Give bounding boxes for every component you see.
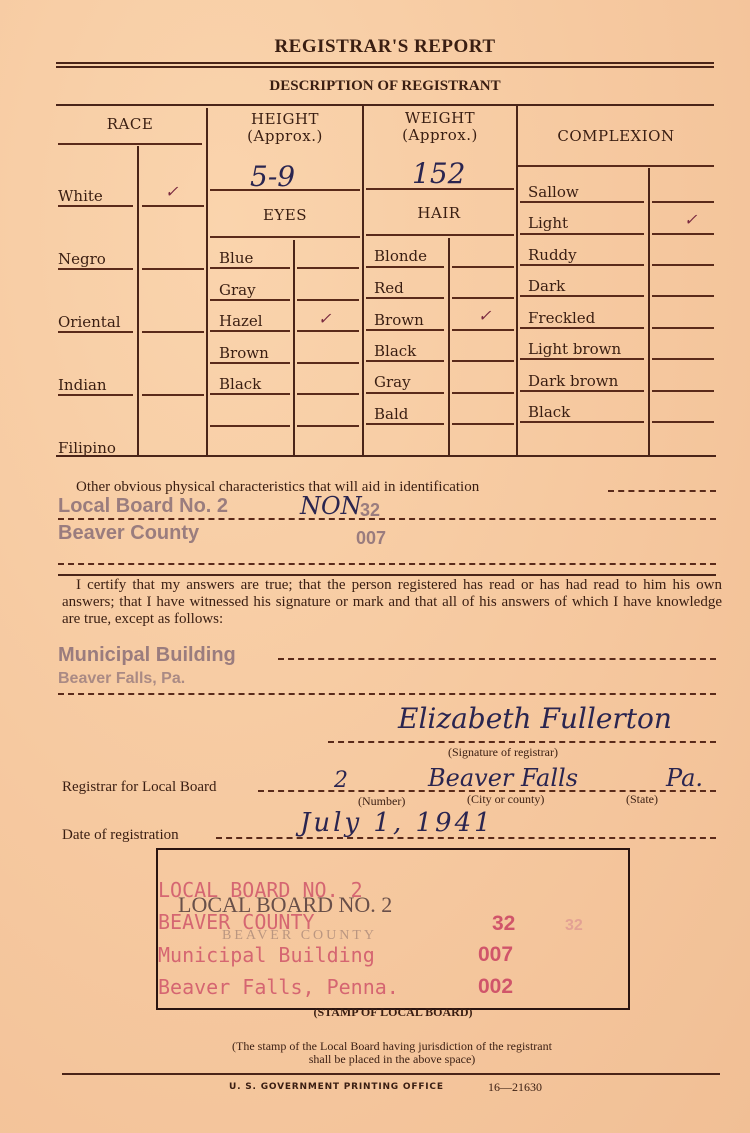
height-header-label: HEIGHT bbox=[208, 111, 362, 128]
row-rule bbox=[142, 205, 204, 207]
weight-rule bbox=[366, 188, 514, 190]
race-header: RACE bbox=[56, 116, 204, 133]
stamp-typed-line2: BEAVER COUNTY bbox=[222, 928, 377, 944]
eyes-hazel: Hazel bbox=[219, 312, 263, 330]
fill-line bbox=[58, 563, 716, 565]
title-rule bbox=[56, 62, 714, 64]
row-rule bbox=[520, 295, 644, 297]
printer-imprint: U. S. GOVERNMENT PRINTING OFFICE bbox=[229, 1082, 444, 1092]
registrar-board-city[interactable]: Beaver Falls bbox=[428, 764, 578, 792]
race-indian: Indian bbox=[58, 376, 107, 394]
complexion-dark-brown: Dark brown bbox=[528, 372, 618, 390]
race-oriental: Oriental bbox=[58, 313, 121, 331]
complexion-freckled: Freckled bbox=[528, 309, 595, 327]
row-rule bbox=[297, 393, 359, 395]
stamp-num3: 002 bbox=[478, 975, 513, 999]
row-rule bbox=[452, 297, 514, 299]
title-rule-2 bbox=[56, 66, 714, 68]
stamp-red-line4: Beaver Falls, Penna. bbox=[158, 975, 399, 999]
stamp-red-line3: Municipal Building bbox=[158, 943, 375, 967]
page-title: REGISTRAR'S REPORT bbox=[0, 36, 750, 58]
stamp-ghost-num: 32 bbox=[565, 917, 583, 935]
other-stamp-line2: Beaver County bbox=[58, 522, 199, 545]
complexion-light: Light bbox=[528, 214, 568, 232]
hair-red: Red bbox=[374, 279, 404, 297]
col-divider bbox=[206, 108, 208, 456]
row-rule bbox=[58, 205, 133, 207]
row-rule bbox=[210, 299, 290, 301]
complexion-dark: Dark bbox=[528, 277, 565, 295]
row-rule bbox=[142, 331, 204, 333]
race-mark-divider bbox=[137, 146, 139, 456]
section-title: DESCRIPTION OF REGISTRANT bbox=[0, 78, 750, 95]
other-stamp-line1: Local Board No. 2 bbox=[58, 495, 228, 518]
stamp-num2: 007 bbox=[478, 943, 513, 967]
registrar-board-state[interactable]: Pa. bbox=[666, 764, 703, 792]
row-rule bbox=[297, 425, 359, 427]
row-rule bbox=[297, 362, 359, 364]
signature-line bbox=[328, 741, 716, 743]
row-rule bbox=[366, 266, 444, 268]
hair-gray: Gray bbox=[374, 373, 411, 391]
row-rule bbox=[366, 329, 444, 331]
row-rule bbox=[652, 295, 714, 297]
row-rule bbox=[452, 266, 514, 268]
row-rule bbox=[210, 425, 290, 427]
race-header-rule bbox=[58, 143, 202, 145]
eyes-header: EYES bbox=[208, 207, 362, 224]
race-white-check[interactable]: ✓ bbox=[165, 182, 178, 201]
complexion-header-rule bbox=[518, 165, 714, 167]
hair-mark-divider bbox=[448, 238, 450, 456]
complexion-ruddy: Ruddy bbox=[528, 246, 577, 264]
row-rule bbox=[452, 360, 514, 362]
table-top-rule bbox=[56, 104, 714, 106]
eyes-blue: Blue bbox=[219, 249, 253, 267]
row-rule bbox=[520, 264, 644, 266]
row-rule bbox=[142, 268, 204, 270]
weight-header: WEIGHT (Approx.) bbox=[364, 110, 516, 144]
row-rule bbox=[297, 299, 359, 301]
certification-text: I certify that my answers are true; that… bbox=[62, 577, 722, 628]
height-header: HEIGHT (Approx.) bbox=[208, 111, 362, 145]
exceptions-stamp-line1: Municipal Building bbox=[58, 644, 236, 667]
row-rule bbox=[210, 267, 290, 269]
row-rule bbox=[297, 267, 359, 269]
fill-line bbox=[278, 658, 716, 660]
stamp-caption: (STAMP OF LOCAL BOARD) bbox=[156, 1005, 630, 1020]
eyes-gray: Gray bbox=[219, 281, 256, 299]
row-rule bbox=[452, 392, 514, 394]
race-white: White bbox=[58, 187, 103, 205]
hair-header-rule bbox=[366, 234, 514, 236]
row-rule bbox=[520, 390, 644, 392]
number-caption: (Number) bbox=[358, 794, 405, 809]
col-divider bbox=[362, 106, 364, 456]
row-rule bbox=[210, 330, 290, 332]
signature-caption: (Signature of registrar) bbox=[448, 745, 558, 760]
registrar-board-number[interactable]: 2 bbox=[334, 768, 348, 793]
other-characteristics-value[interactable]: NON bbox=[300, 492, 362, 520]
row-rule bbox=[366, 392, 444, 394]
row-rule bbox=[520, 327, 644, 329]
col-divider bbox=[516, 106, 518, 456]
stamp-num1: 32 bbox=[492, 912, 515, 936]
weight-header-label: WEIGHT bbox=[364, 110, 516, 127]
other-stamp-num2: 007 bbox=[356, 528, 386, 549]
registrar-signature[interactable]: Elizabeth Fullerton bbox=[398, 702, 672, 735]
footer-rule bbox=[62, 1073, 720, 1075]
row-rule bbox=[520, 233, 644, 235]
eyes-brown: Brown bbox=[219, 344, 269, 362]
registrar-board-label: Registrar for Local Board bbox=[62, 779, 217, 796]
section-rule bbox=[58, 574, 716, 576]
row-rule bbox=[452, 423, 514, 425]
row-rule bbox=[58, 268, 133, 270]
row-rule bbox=[652, 421, 714, 423]
stamp-note-line2: shall be placed in the above space) bbox=[60, 1053, 724, 1066]
row-rule bbox=[210, 393, 290, 395]
eyes-header-rule bbox=[210, 236, 360, 238]
complexion-black: Black bbox=[528, 403, 570, 421]
eyes-black: Black bbox=[219, 375, 261, 393]
weight-value[interactable]: 152 bbox=[412, 157, 465, 190]
row-rule bbox=[58, 331, 133, 333]
fill-line bbox=[58, 518, 716, 520]
row-rule bbox=[210, 362, 290, 364]
complexion-light-brown: Light brown bbox=[528, 340, 621, 358]
stamp-note: (The stamp of the Local Board having jur… bbox=[60, 1040, 724, 1066]
row-rule bbox=[520, 421, 644, 423]
row-rule bbox=[652, 233, 714, 235]
other-characteristics-label: Other obvious physical characteristics t… bbox=[76, 479, 479, 496]
registration-date-label: Date of registration bbox=[62, 827, 179, 844]
row-rule bbox=[520, 358, 644, 360]
row-rule bbox=[652, 264, 714, 266]
race-negro: Negro bbox=[58, 250, 106, 268]
complexion-header: COMPLEXION bbox=[518, 128, 714, 145]
hair-brown-check[interactable]: ✓ bbox=[478, 306, 491, 325]
row-rule bbox=[652, 358, 714, 360]
fill-line bbox=[608, 490, 716, 492]
row-rule bbox=[652, 390, 714, 392]
complexion-light-check[interactable]: ✓ bbox=[684, 210, 697, 229]
hair-header: HAIR bbox=[364, 205, 514, 222]
row-rule bbox=[452, 329, 514, 331]
row-rule bbox=[366, 297, 444, 299]
complexion-mark-divider bbox=[648, 168, 650, 456]
height-rule bbox=[210, 189, 360, 191]
row-rule bbox=[366, 360, 444, 362]
hair-blonde: Blonde bbox=[374, 247, 427, 265]
row-rule bbox=[652, 201, 714, 203]
state-caption: (State) bbox=[626, 792, 658, 807]
row-rule bbox=[58, 394, 133, 396]
row-rule bbox=[520, 201, 644, 203]
eyes-mark-divider bbox=[293, 240, 295, 456]
row-rule bbox=[366, 423, 444, 425]
eyes-hazel-check[interactable]: ✓ bbox=[318, 309, 331, 328]
row-rule bbox=[297, 330, 359, 332]
city-caption: (City or county) bbox=[467, 792, 544, 807]
fill-line bbox=[58, 693, 716, 695]
hair-bald: Bald bbox=[374, 405, 408, 423]
exceptions-stamp-line2: Beaver Falls, Pa. bbox=[58, 670, 185, 688]
form-number: 16—21630 bbox=[488, 1080, 542, 1095]
complexion-sallow: Sallow bbox=[528, 183, 579, 201]
hair-brown: Brown bbox=[374, 311, 424, 329]
row-rule bbox=[142, 394, 204, 396]
height-header-sub: (Approx.) bbox=[208, 128, 362, 145]
row-rule bbox=[652, 327, 714, 329]
table-bottom-rule bbox=[56, 455, 716, 457]
hair-black: Black bbox=[374, 342, 416, 360]
weight-header-sub: (Approx.) bbox=[364, 127, 516, 144]
registration-date-value[interactable]: July 1, 1941 bbox=[300, 808, 494, 838]
